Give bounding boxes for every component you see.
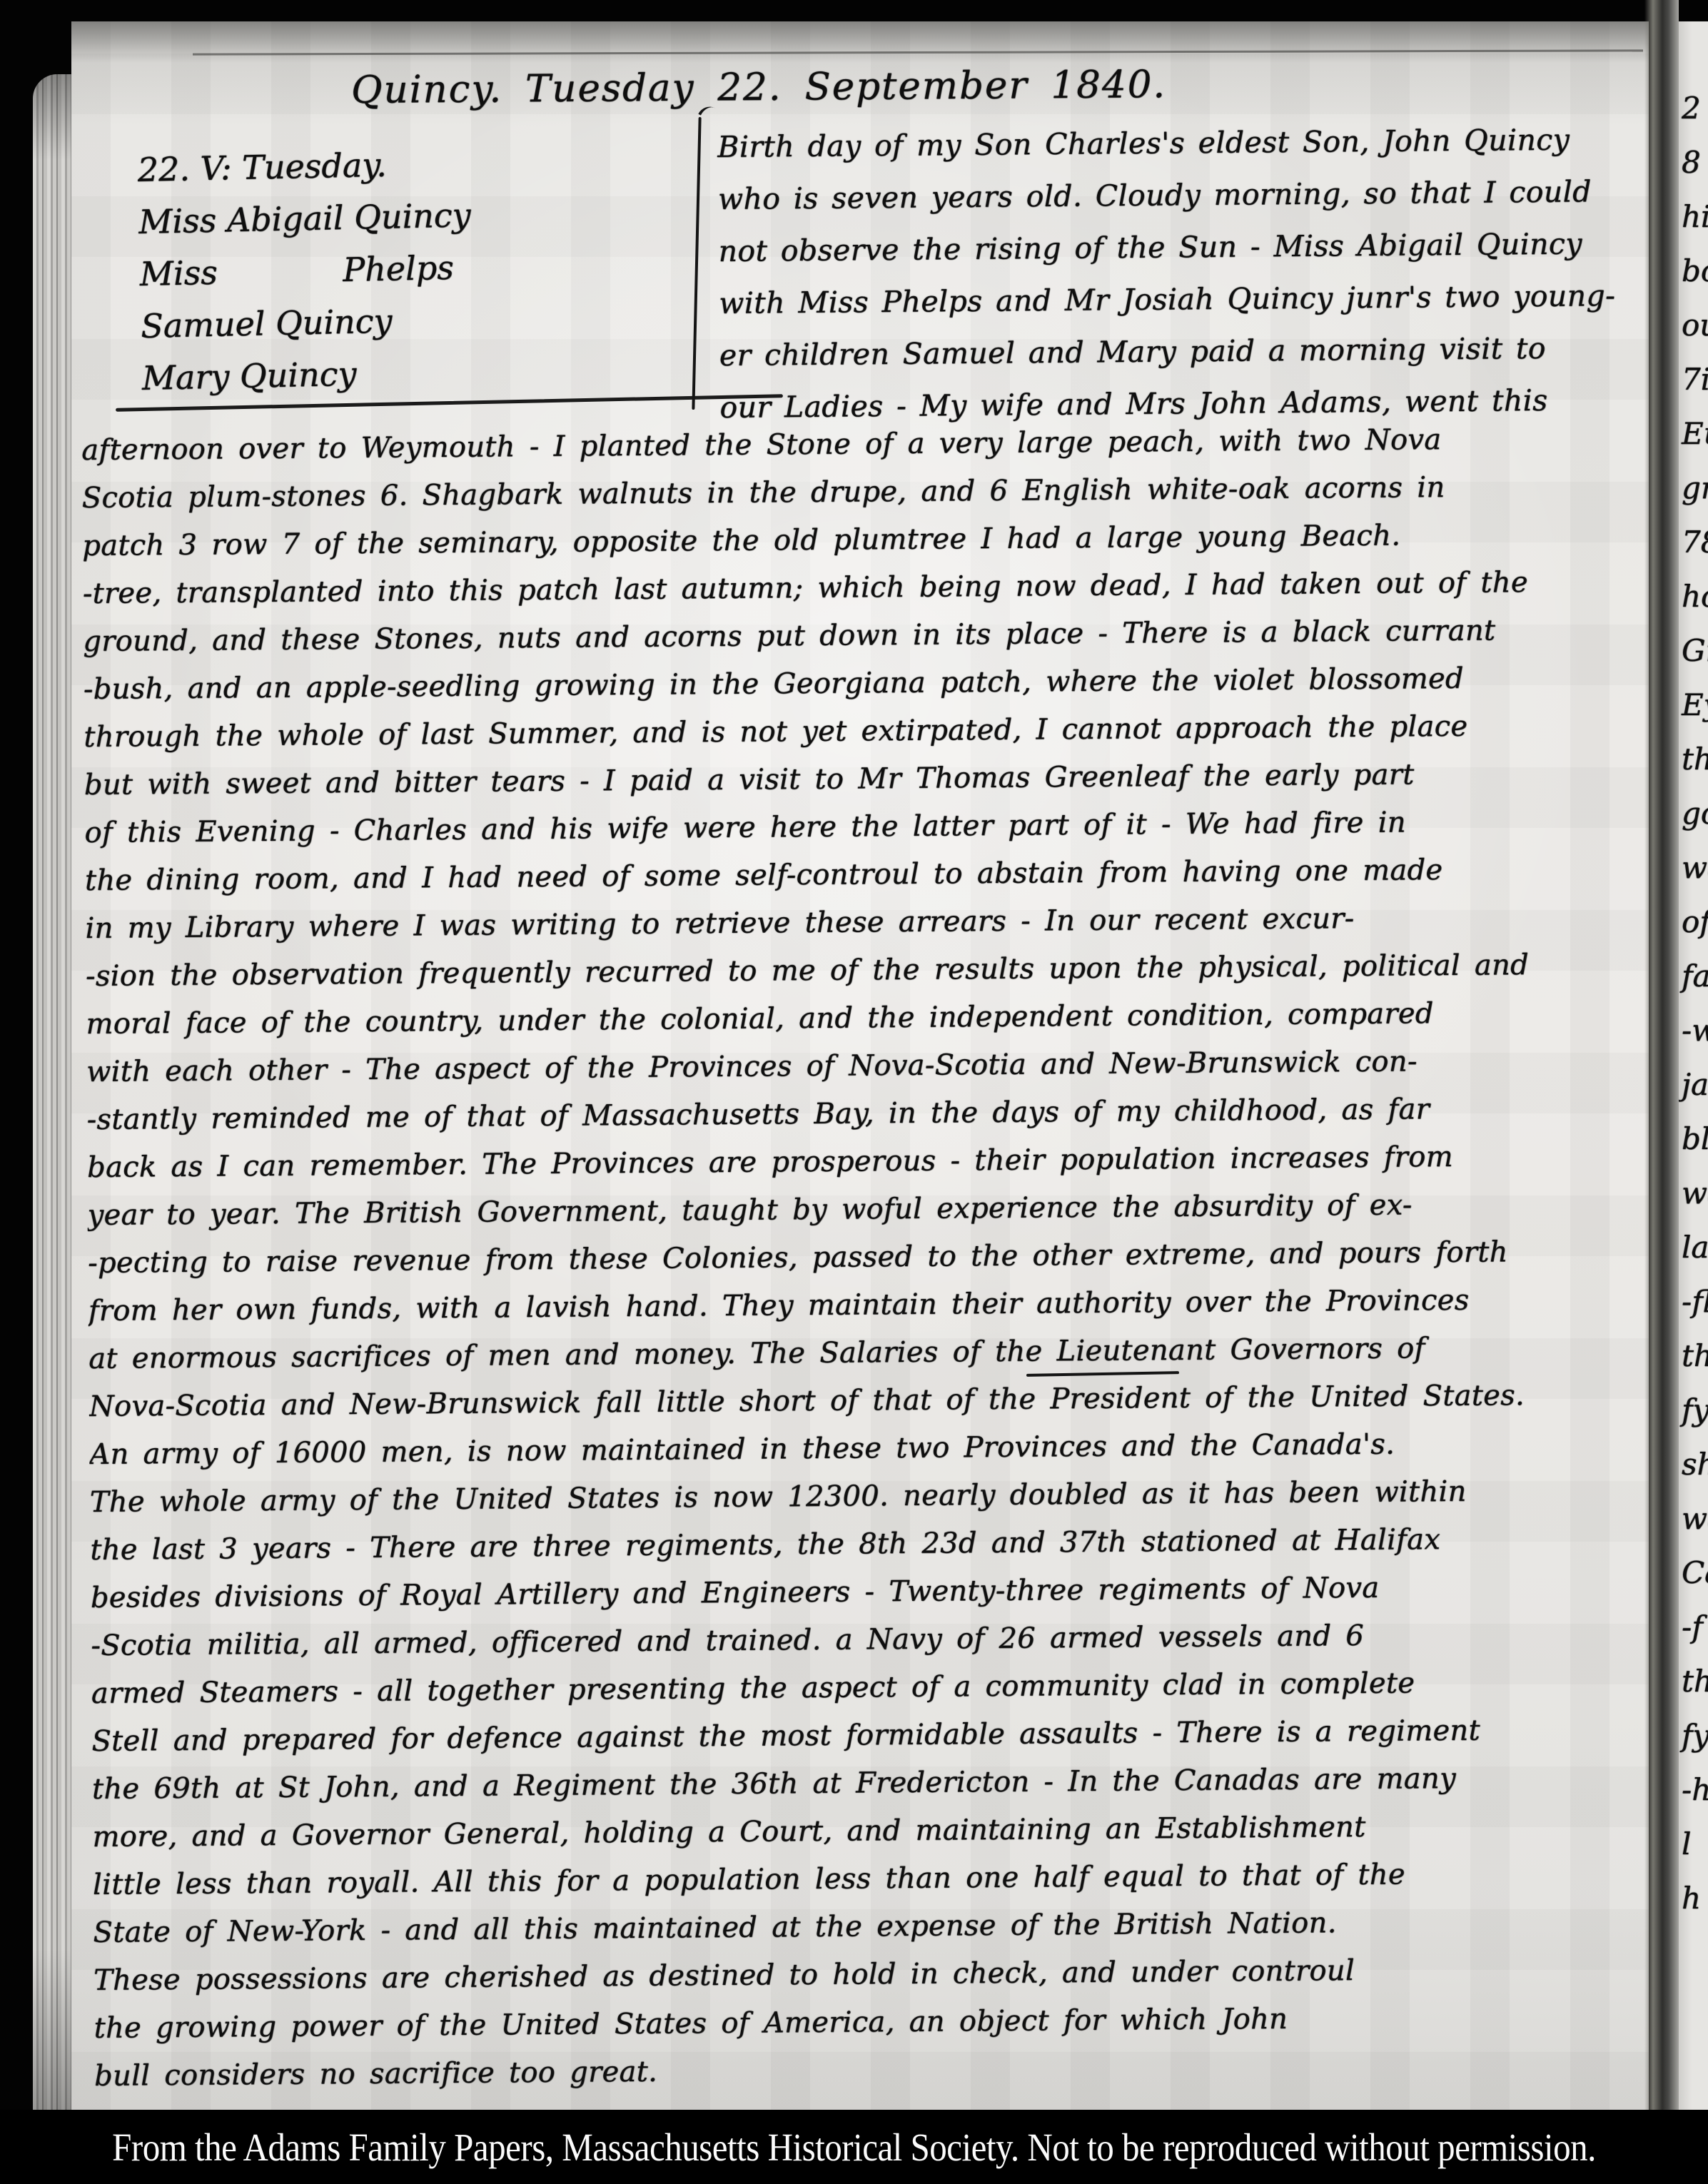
book-gutter-shadow (1644, 0, 1679, 2111)
handwriting-fragment: Gra (1679, 624, 1708, 678)
handwriting-fragment: ja (1679, 1058, 1708, 1112)
handwriting-fragment: bl (1679, 1112, 1708, 1166)
handwriting-fragment: fa (1679, 949, 1708, 1003)
handwriting-fragment: fy (1679, 1383, 1708, 1437)
handwriting-fragment: -f (1679, 1600, 1708, 1654)
handwriting-fragment: of (1679, 895, 1708, 949)
source-caption: From the Adams Family Papers, Massachuse… (112, 2124, 1596, 2170)
handwritten-line: Mary Quincy (141, 345, 475, 405)
manuscript-scan: Quincy. Tuesday 22. September 1840. 22. … (0, 0, 1708, 2184)
adjacent-page-sliver: 28hiboou7itEugr78hoGraEythgo8waoffa-wjab… (1679, 21, 1708, 2113)
handwriting-fragment: 8 (1679, 136, 1708, 190)
caption-bar: From the Adams Family Papers, Massachuse… (0, 2110, 1708, 2184)
handwriting-fragment: -h (1679, 1763, 1708, 1817)
handwriting-fragment: wa (1679, 1166, 1708, 1220)
handwriting-fragment: th (1679, 732, 1708, 787)
handwritten-line: not observe the rising of the Sun - Miss… (718, 218, 1643, 278)
handwriting-fragment: 7it (1679, 353, 1708, 407)
handwritten-line: with Miss Phelps and Mr Josiah Quincy ju… (719, 270, 1644, 330)
book-page-edges (33, 74, 76, 2113)
handwriting-fragment: Ca (1679, 1546, 1708, 1600)
handwritten-line: Birth day of my Son Charles's eldest Son… (717, 113, 1642, 173)
handwriting-fragment: sh (1679, 1437, 1708, 1492)
date-heading: Quincy. Tuesday 22. September 1840. (351, 63, 1167, 112)
handwriting-fragment: wa (1679, 1492, 1708, 1546)
handwritten-line: Miss Abigail Quincy (138, 189, 472, 248)
handwritten-line: Samuel Quincy (141, 293, 474, 353)
handwriting-fragment: h (1679, 1871, 1708, 1926)
diary-page: Quincy. Tuesday 22. September 1840. 22. … (71, 21, 1649, 2113)
handwriting-fragment: -fl (1679, 1275, 1708, 1329)
handwriting-fragment: 2 (1679, 81, 1708, 136)
margin-brace-line (692, 117, 701, 410)
margin-visitor-notes: 22. V: Tuesday.Miss Abigail QuincyMiss P… (137, 137, 475, 405)
handwriting-fragment: ou (1679, 298, 1708, 353)
handwriting-fragment: wa (1679, 841, 1708, 895)
entry-first-paragraph: Birth day of my Son Charles's eldest Son… (717, 113, 1644, 434)
handwriting-fragment: la (1679, 1220, 1708, 1275)
handwriting-fragment: Eu (1679, 407, 1708, 461)
handwritten-line: Miss Phelps (139, 241, 473, 300)
handwriting-fragment: fy (1679, 1709, 1708, 1763)
handwritten-line: 22. V: Tuesday. (137, 137, 470, 196)
handwriting-fragment: th (1679, 1329, 1708, 1383)
entry-body: afternoon over to Weymouth - I planted t… (81, 415, 1649, 2100)
page-top-edge (193, 49, 1643, 55)
handwriting-fragment: gr (1679, 461, 1708, 515)
handwriting-fragment: Ey (1679, 678, 1708, 732)
handwriting-fragment: bo (1679, 244, 1708, 298)
handwriting-fragment: go8 (1679, 787, 1708, 841)
handwriting-fragment: hi (1679, 190, 1708, 244)
handwritten-line: who is seven years old. Cloudy morning, … (718, 166, 1643, 226)
handwriting-fragment: ho (1679, 570, 1708, 624)
handwritten-line: er children Samuel and Mary paid a morni… (719, 322, 1644, 382)
handwriting-fragment: l (1679, 1817, 1708, 1871)
handwriting-fragment: th (1679, 1654, 1708, 1709)
handwriting-fragment: -w (1679, 1003, 1708, 1058)
handwriting-fragment: 78 (1679, 515, 1708, 570)
